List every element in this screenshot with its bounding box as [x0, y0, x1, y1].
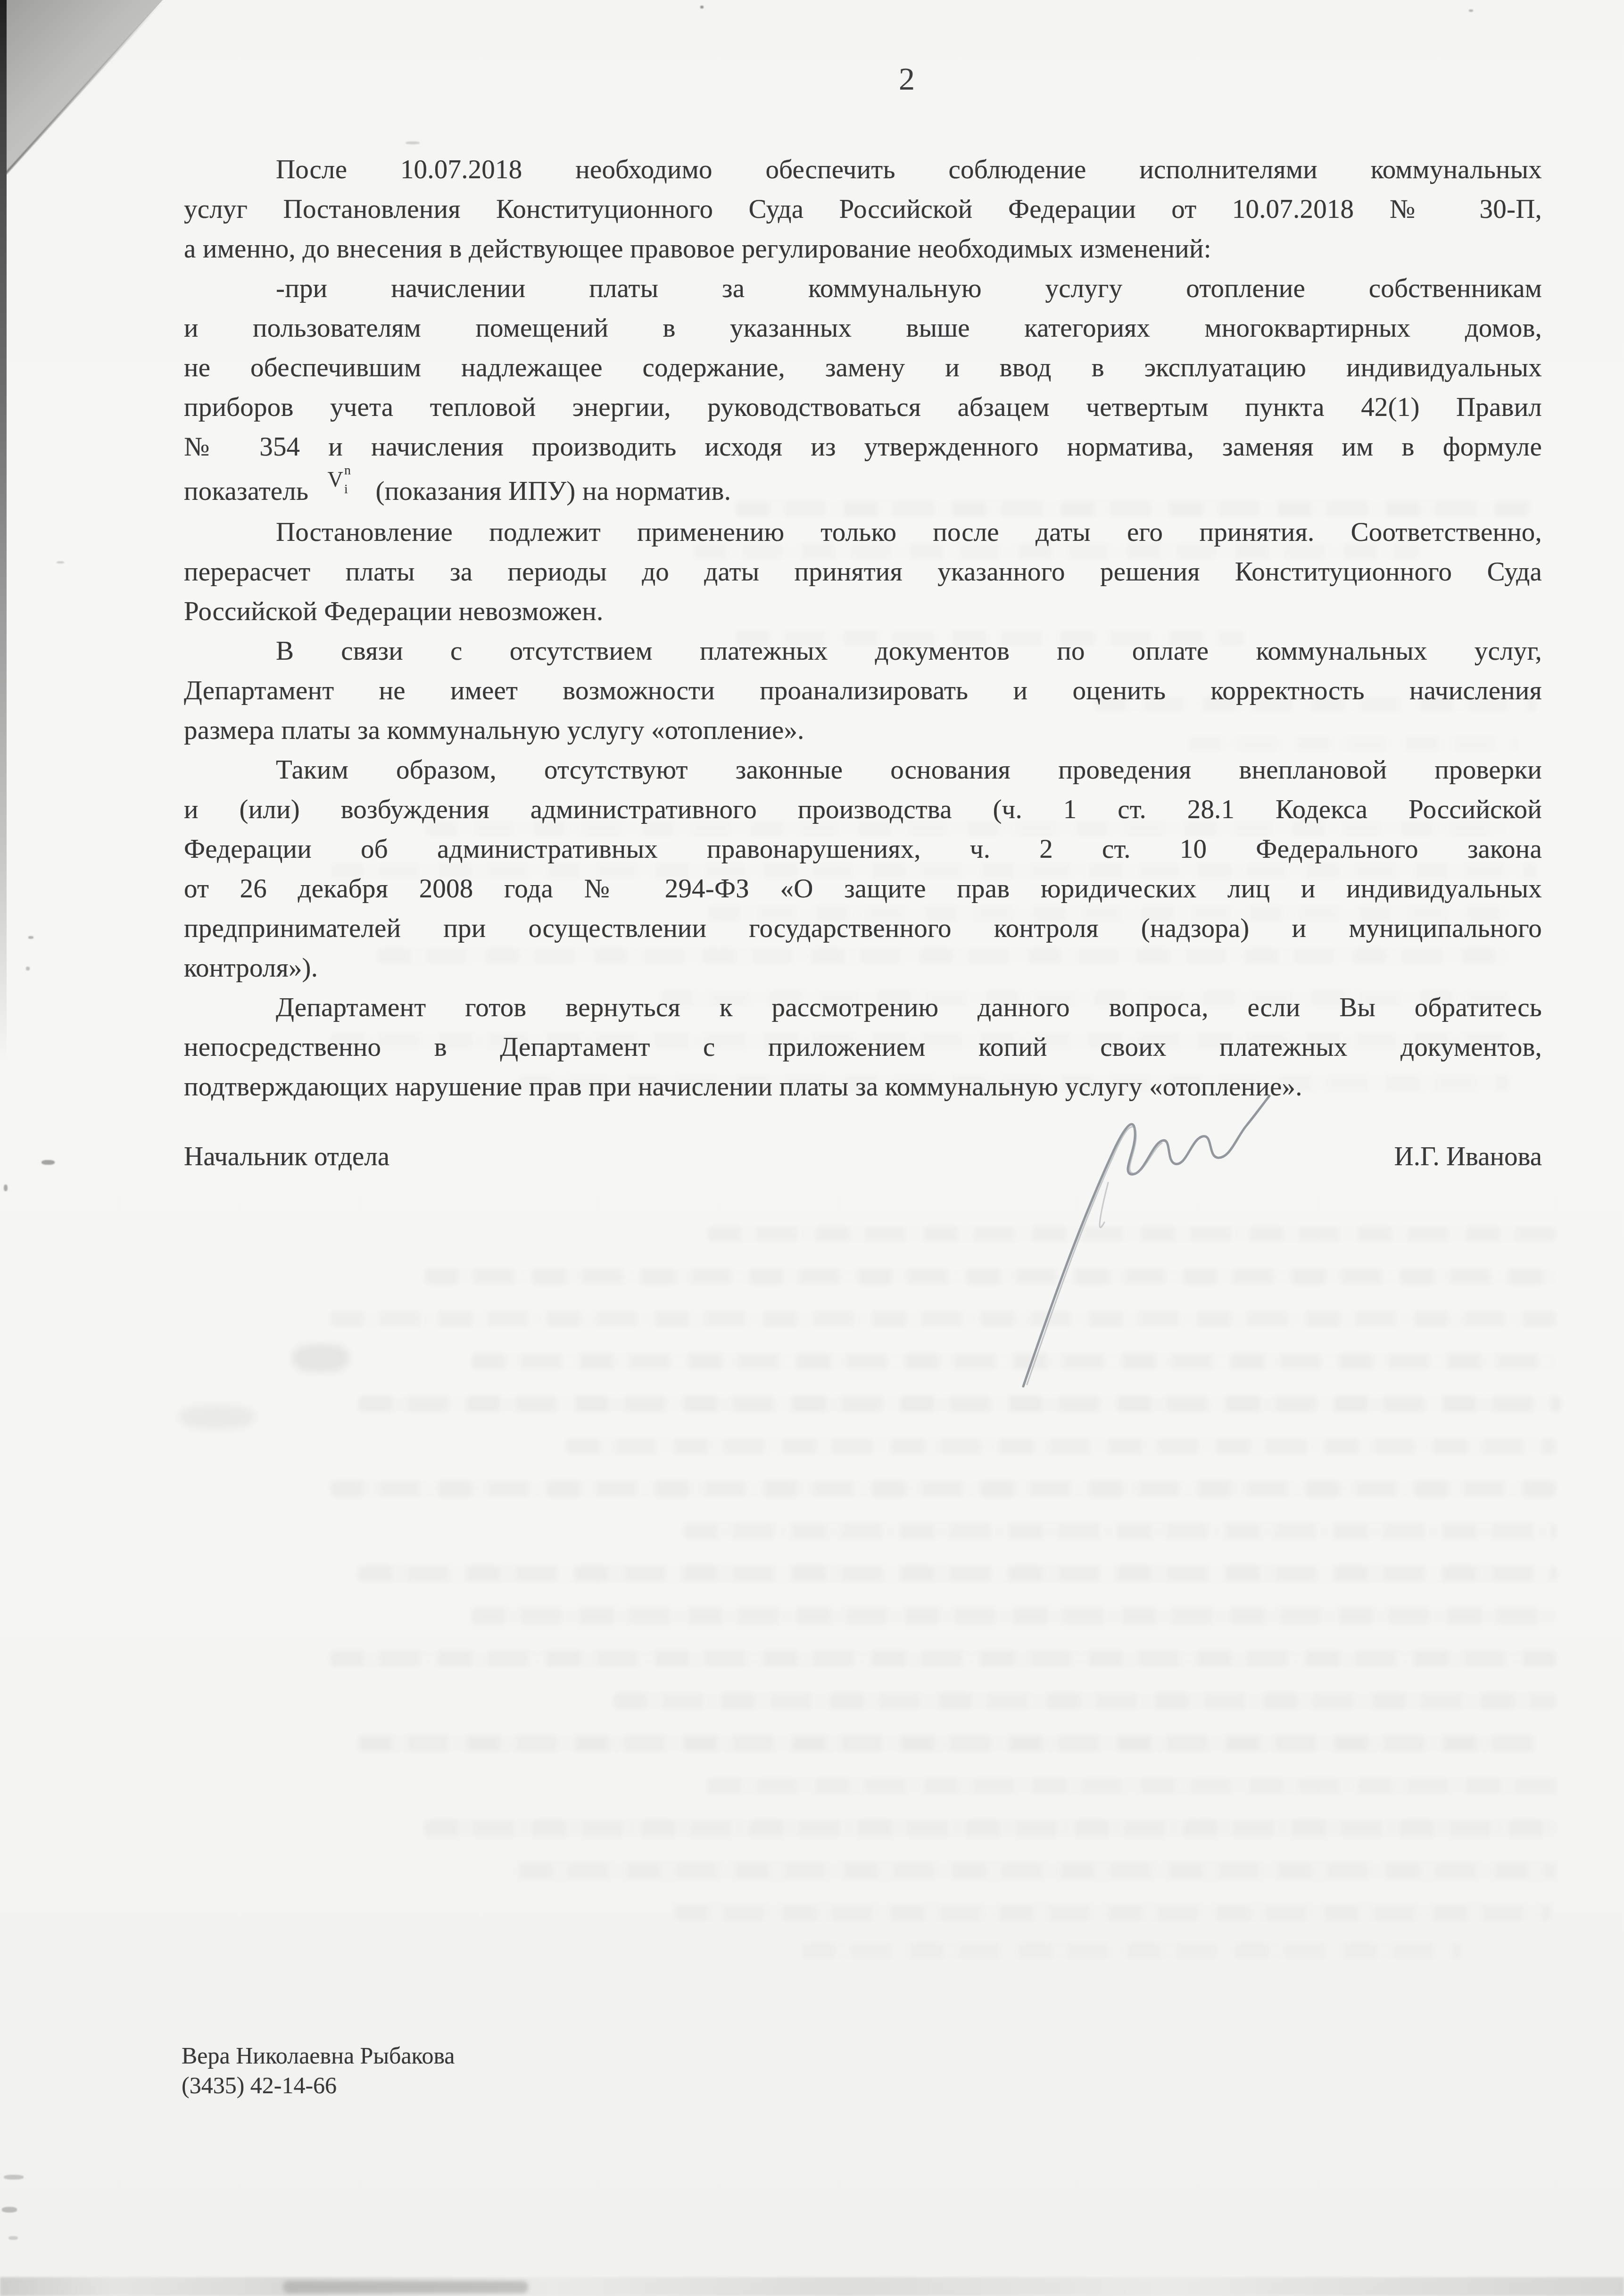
bleedthrough-ghost-line — [358, 1735, 1537, 1751]
bleedthrough-ghost-line — [330, 1650, 1556, 1666]
handwritten-signature-icon — [953, 1085, 1283, 1396]
bleedthrough-ghost-line — [566, 1438, 1556, 1454]
scan-speck — [8, 2236, 18, 2240]
letter-body: После 10.07.2018 необходимо обеспечить с… — [184, 150, 1542, 1107]
scan-speck — [4, 2175, 24, 2180]
scan-speck — [26, 967, 30, 970]
scan-speck — [57, 561, 64, 564]
scan-corner-fold-artifact — [0, 0, 170, 184]
text-line: приборов учета тепловой энергии, руковод… — [184, 388, 1542, 427]
page-number: 2 — [199, 60, 1614, 98]
text-line: № 354 и начисления производить исходя из… — [184, 427, 1542, 467]
scan-speck — [292, 1344, 349, 1372]
text-line: В связи с отсутствием платежных документ… — [184, 631, 1542, 671]
scan-speck — [2, 2207, 17, 2213]
text-line: непосредственно в Департамент с приложен… — [184, 1028, 1542, 1067]
text-line: и (или) возбуждения административного пр… — [184, 790, 1542, 829]
bleedthrough-ghost-line — [330, 1481, 1556, 1497]
scan-speck — [406, 141, 420, 144]
scan-speck — [1469, 9, 1473, 12]
scanned-letter-page: 2 После 10.07.2018 необходимо обеспечить… — [0, 0, 1624, 2296]
text-line: предпринимателей при осуществлении госуд… — [184, 909, 1542, 948]
scan-left-edge-shadow — [0, 0, 7, 1061]
contact-name: Вера Николаевна Рыбакова — [182, 2041, 455, 2071]
scan-bottom-edge-shadow — [0, 2277, 1624, 2296]
text-line: Постановление подлежит применению только… — [184, 513, 1542, 552]
text-line: Департамент готов вернуться к рассмотрен… — [184, 988, 1542, 1028]
bleedthrough-ghost-line — [674, 1905, 1551, 1921]
text-line: показатель Vni (показания ИПУ) на нормат… — [184, 472, 1542, 513]
text-line: -при начислении платы за коммунальную ус… — [184, 269, 1542, 308]
text-line: перерасчет платы за периоды до даты прин… — [184, 552, 1542, 592]
text-line: контроля»). — [184, 948, 1542, 988]
text-line: а именно, до внесения в действующее прав… — [184, 229, 1542, 269]
bleedthrough-ghost-line — [358, 1396, 1561, 1412]
signer-position-label: Начальник отдела — [184, 1141, 389, 1172]
text-line: Российской Федерации невозможен. — [184, 592, 1542, 631]
bleedthrough-ghost-line — [358, 1566, 1556, 1582]
text-line: Департамент не имеет возможности проанал… — [184, 671, 1542, 711]
footer-contact: Вера Николаевна Рыбакова (3435) 42-14-66 — [182, 2041, 455, 2100]
formula-variable: V — [328, 467, 343, 491]
text-line: Федерации об административных правонаруш… — [184, 829, 1542, 869]
text-line: Таким образом, отсутствуют законные осно… — [184, 750, 1542, 790]
bleedthrough-ghost-line — [424, 1820, 1556, 1836]
signature-row: Начальник отдела И.Г. Иванова — [184, 1141, 1542, 1172]
bleedthrough-ghost-line — [684, 1523, 1556, 1539]
scan-bottom-smudge — [283, 2281, 528, 2293]
bleedthrough-ghost-line — [613, 1693, 1556, 1709]
text-line: не обеспечившим надлежащее содержание, з… — [184, 348, 1542, 388]
text-line: После 10.07.2018 необходимо обеспечить с… — [184, 150, 1542, 190]
text-line: услуг Постановления Конституционного Суд… — [184, 190, 1542, 229]
bleedthrough-ghost-line — [802, 1943, 1462, 1959]
text-line: подтверждающих нарушение прав при начисл… — [184, 1067, 1542, 1107]
bleedthrough-ghost-line — [707, 1778, 1556, 1794]
scan-speck — [4, 1185, 8, 1191]
bleedthrough-ghost-line — [472, 1608, 1556, 1624]
scan-speck — [700, 6, 704, 8]
contact-phone: (3435) 42-14-66 — [182, 2071, 455, 2100]
scan-speck — [179, 1405, 255, 1429]
bleedthrough-ghost-line — [519, 1863, 1556, 1879]
bleedthrough-ghost-line — [330, 1311, 1556, 1327]
signer-name: И.Г. Иванова — [1394, 1141, 1542, 1172]
text-line: от 26 декабря 2008 года № 294-ФЗ «О защи… — [184, 869, 1542, 909]
text-line: размера платы за коммунальную услугу «от… — [184, 711, 1542, 750]
scan-speck — [28, 936, 33, 939]
scan-speck — [41, 1160, 55, 1165]
text-line: и пользователям помещений в указанных вы… — [184, 308, 1542, 348]
